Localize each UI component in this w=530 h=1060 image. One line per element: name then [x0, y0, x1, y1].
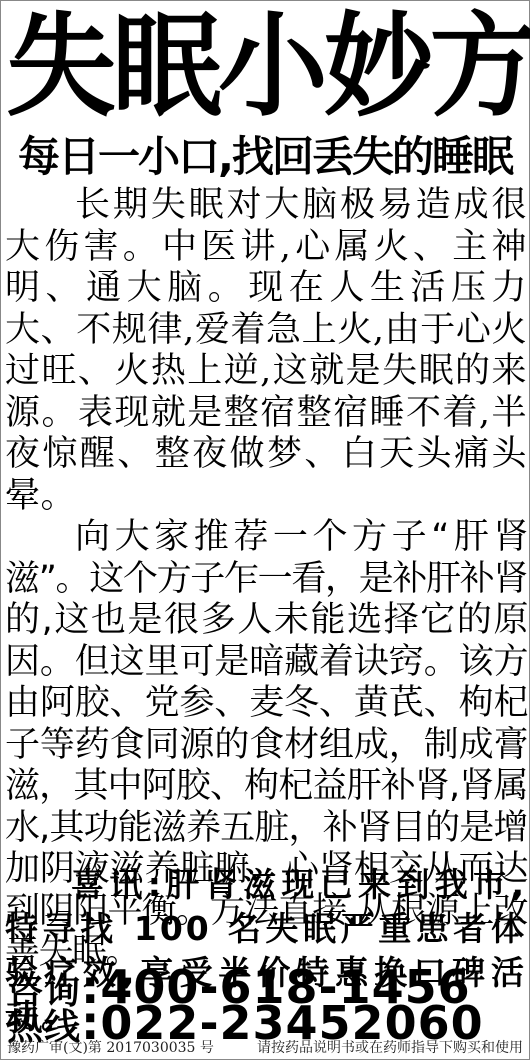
approval-number: 豫药广审(文)第 2017030035 号	[7, 1039, 214, 1057]
newspaper-ad: 失眠小妙方 每日一小口,找回丢失的睡眠 长期失眠对大脑极易造成很大伤害。中医讲,…	[0, 0, 530, 1060]
paragraph-symptoms: 长期失眠对大脑极易造成很大伤害。中医讲,心属火、主神明、通大脑。现在人生活压力大…	[5, 185, 527, 517]
ad-footer: 豫药广审(文)第 2017030035 号 请按药品说明书或在药师指导下购买和使…	[7, 1039, 523, 1057]
usage-notice: 请按药品说明书或在药师指导下购买和使用	[257, 1039, 523, 1057]
ad-body: 长期失眠对大脑极易造成很大伤害。中医讲,心属火、主神明、通大脑。现在人生活压力大…	[5, 185, 527, 974]
ad-headline: 失眠小妙方	[6, 3, 523, 131]
ad-subheadline: 每日一小口,找回丢失的睡眠	[1, 131, 529, 183]
